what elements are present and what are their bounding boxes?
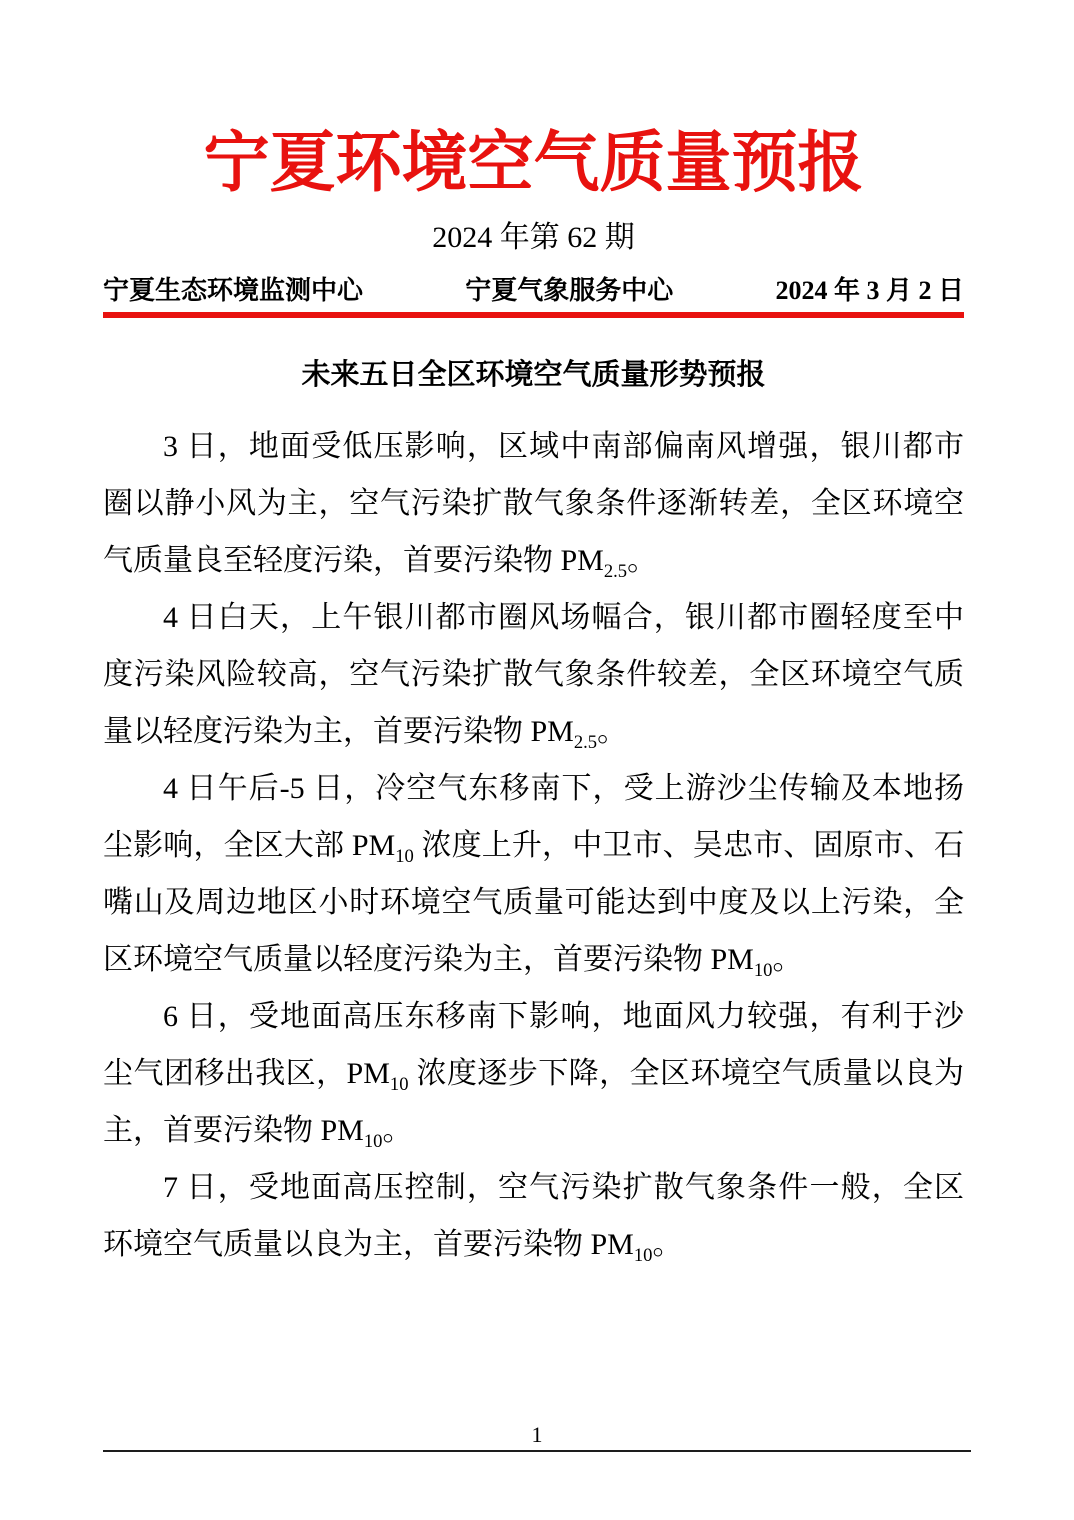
run-text: 。 [382,1114,412,1147]
document-title: 宁夏环境空气质量预报 [103,0,964,210]
masthead-org-left: 宁夏生态环境监测中心 [103,274,363,308]
subscript-text: 10 [390,1074,409,1095]
subscript-text: 10 [634,1245,653,1266]
run-text: 。 [652,1228,682,1261]
run-text: 。 [627,544,657,577]
red-divider-rule [103,312,964,318]
page-footer: 1 [103,1422,971,1452]
body-paragraph: 7 日，受地面高压控制，空气污染扩散气象条件一般，全区环境空气质量以良为主，首要… [103,1159,964,1273]
run-text: 7 日，受地面高压控制，空气污染扩散气象条件一般，全区环境空气质量以良为主，首要… [103,1171,964,1261]
run-text: 。 [597,715,627,748]
issue-number: 2024 年第 62 期 [103,218,964,258]
page-number: 1 [103,1422,971,1448]
body-paragraph: 6 日，受地面高压东移南下影响，地面风力较强，有利于沙尘气团移出我区，PM10 … [103,988,964,1159]
body-paragraph: 3 日，地面受低压影响，区域中南部偏南风增强，银川都市圈以静小风为主，空气污染扩… [103,418,964,589]
body-paragraph: 4 日午后-5 日，冷空气东移南下，受上游沙尘传输及本地扬尘影响，全区大部 PM… [103,760,964,988]
document-page: 宁夏环境空气质量预报 2024 年第 62 期 宁夏生态环境监测中心 宁夏气象服… [0,0,1074,1520]
run-text: 4 日白天，上午银川都市圈风场幅合，银川都市圈轻度至中度污染风险较高，空气污染扩… [103,601,964,748]
subscript-text: 2.5 [574,732,597,753]
body-paragraphs: 3 日，地面受低压影响，区域中南部偏南风增强，银川都市圈以静小风为主，空气污染扩… [103,418,964,1273]
body-paragraph: 4 日白天，上午银川都市圈风场幅合，银川都市圈轻度至中度污染风险较高，空气污染扩… [103,589,964,760]
subscript-text: 10 [364,1131,383,1152]
masthead: 宁夏生态环境监测中心 宁夏气象服务中心 2024 年 3 月 2 日 [103,274,964,308]
footer-rule [103,1450,971,1452]
subscript-text: 10 [395,846,414,867]
run-text: 。 [772,943,802,976]
masthead-org-center: 宁夏气象服务中心 [465,274,673,308]
subscript-text: 2.5 [604,561,627,582]
subscript-text: 10 [754,960,773,981]
masthead-date: 2024 年 3 月 2 日 [775,274,964,308]
document-content: 宁夏环境空气质量预报 2024 年第 62 期 宁夏生态环境监测中心 宁夏气象服… [103,0,964,1273]
section-title: 未来五日全区环境空气质量形势预报 [103,356,964,394]
run-text: 3 日，地面受低压影响，区域中南部偏南风增强，银川都市圈以静小风为主，空气污染扩… [103,430,964,577]
